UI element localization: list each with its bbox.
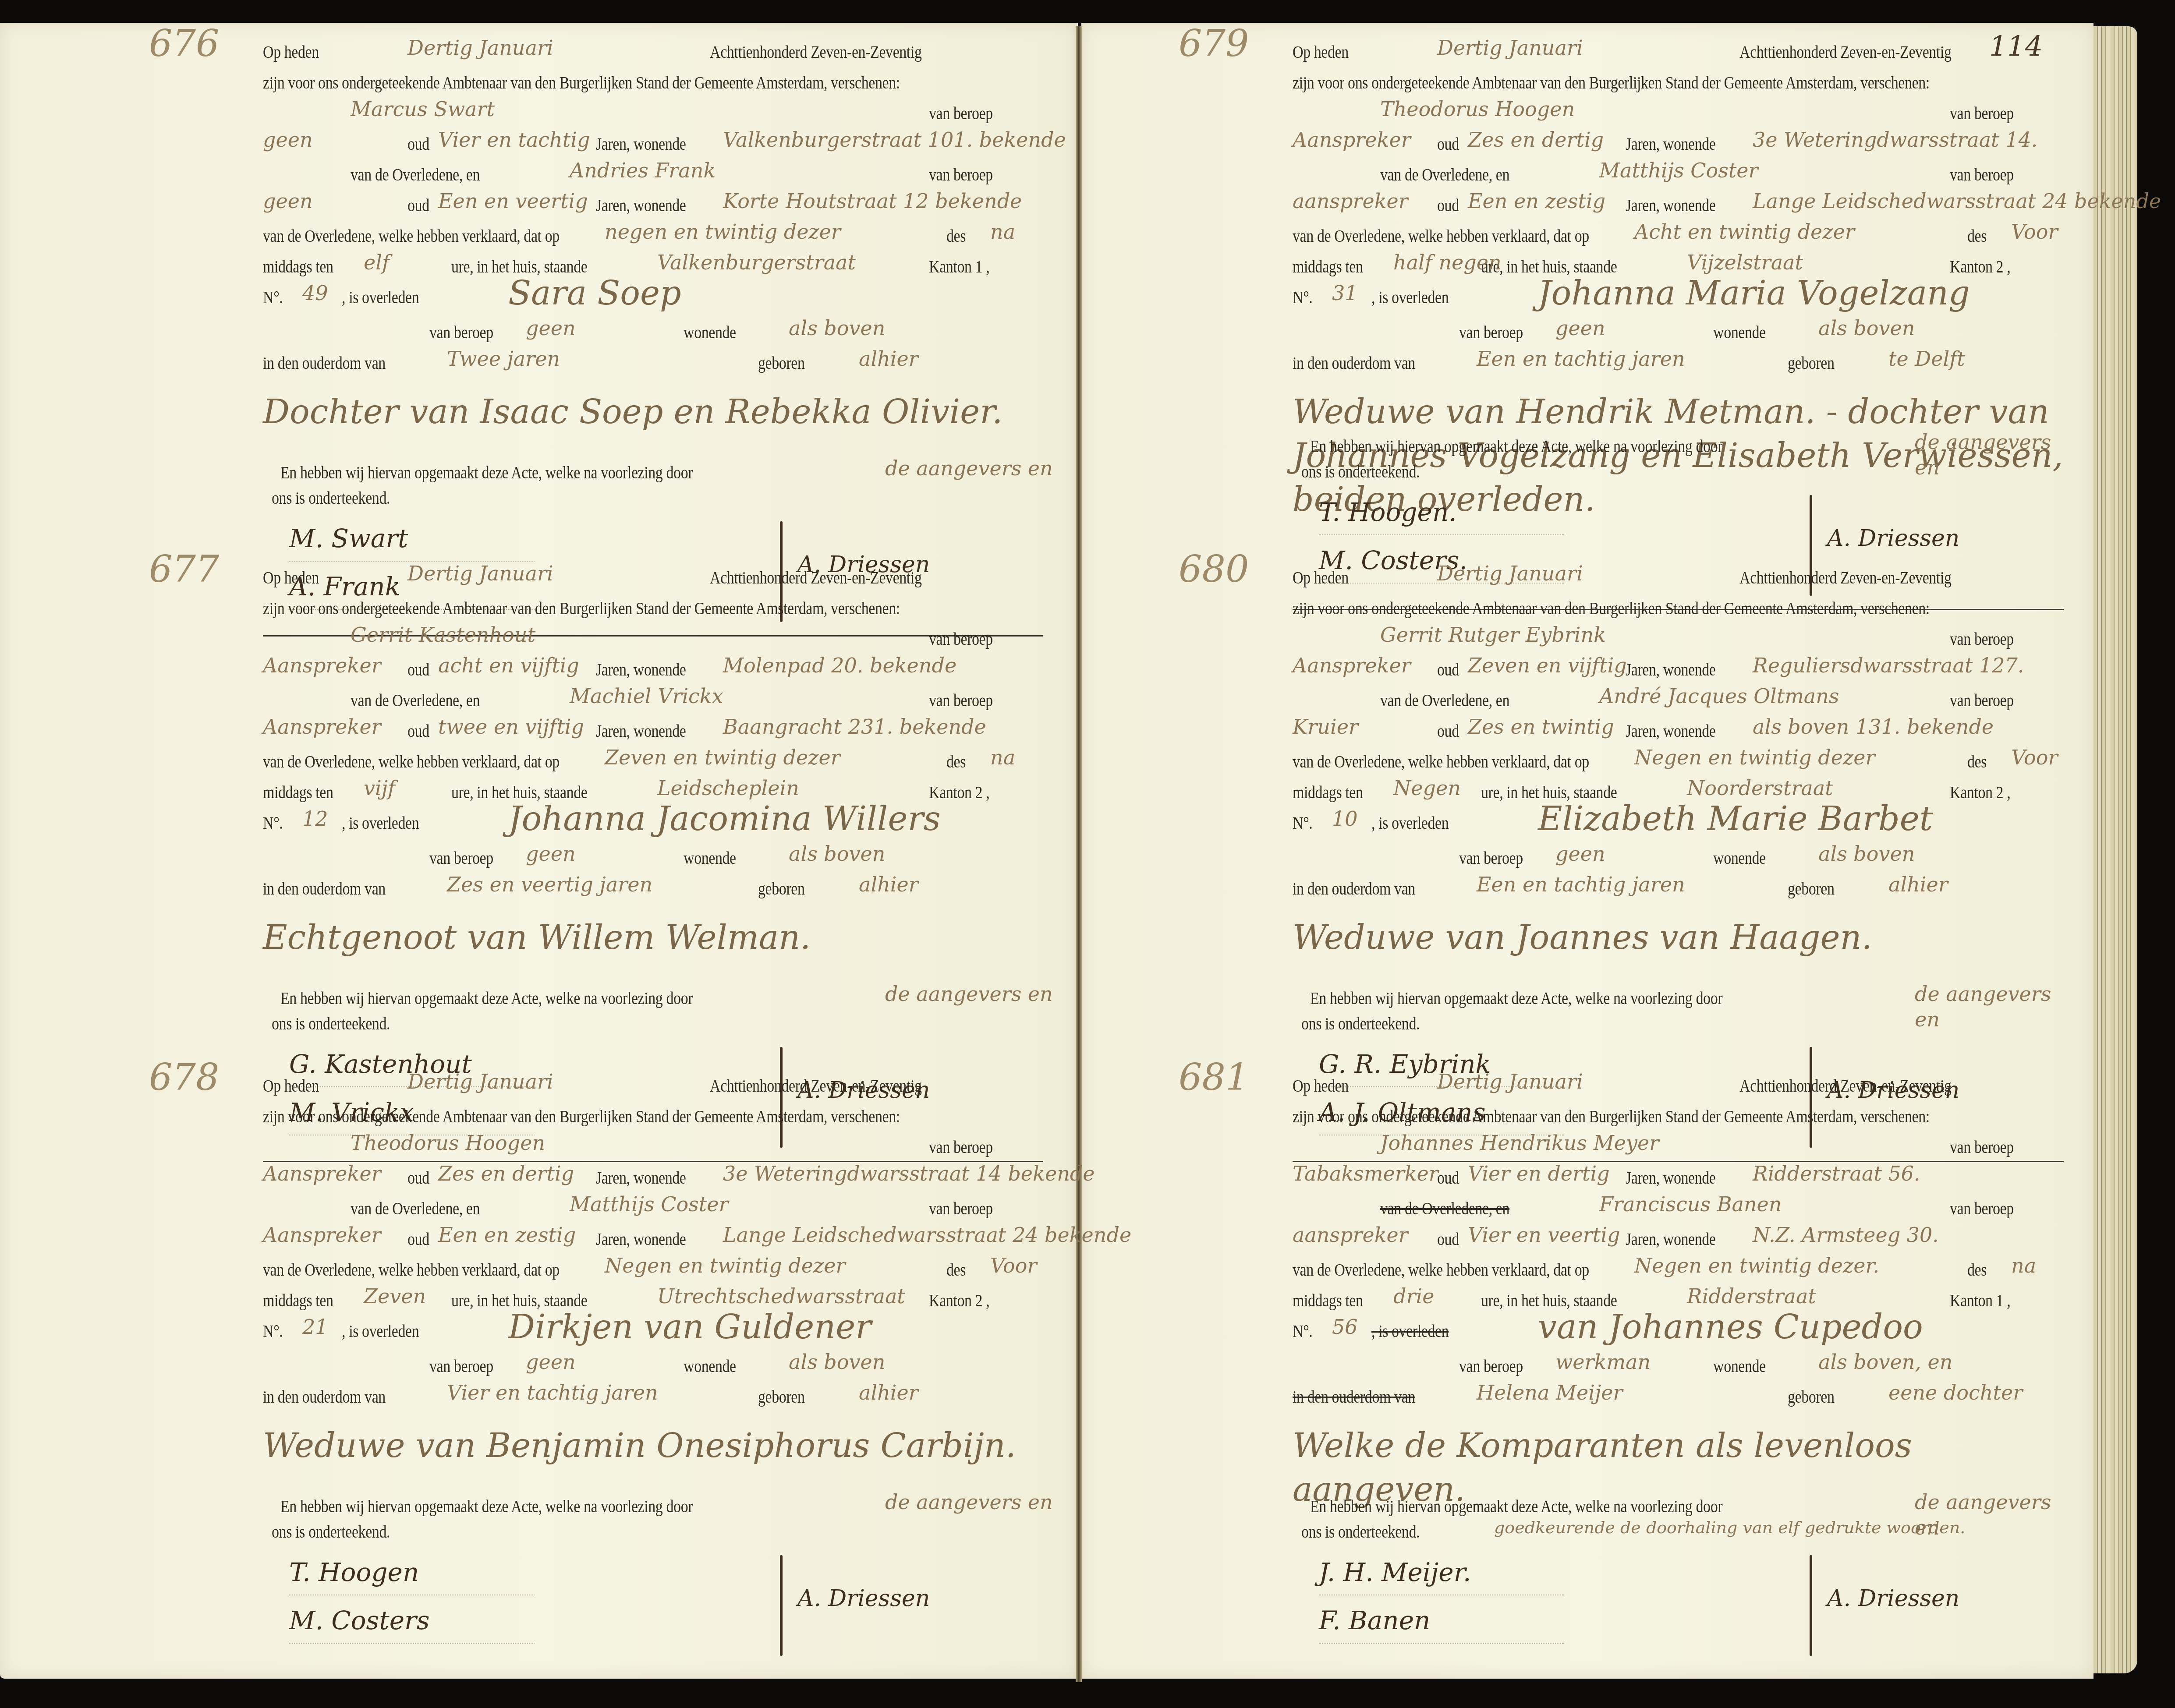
handwritten-entry: aanspreker (1293, 1222, 1408, 1248)
printed-text: , is overleden (342, 1319, 419, 1344)
handwritten-entry: Aanspreker (1293, 653, 1411, 678)
printed-text: zijn voor ons ondergeteekende Ambtenaar … (1293, 596, 1930, 621)
handwritten-entry: na (990, 219, 1015, 244)
printed-text: Op heden (263, 565, 319, 591)
printed-text: geboren (758, 1384, 805, 1410)
handwritten-entry: half negen (1393, 250, 1502, 275)
handwritten-entry: Zes en twintig (1468, 714, 1614, 739)
handwritten-entry: Vier en veertig (1468, 1222, 1620, 1248)
printed-text: Jaren, wonende (596, 1227, 686, 1252)
handwritten-entry: Een en veertig (438, 188, 588, 214)
record-line: van beroepwonendegeenals boven (1293, 320, 2064, 345)
handwritten-entry: alhier (859, 346, 918, 371)
printed-text: zijn voor ons ondergeteekende Ambtenaar … (263, 596, 900, 621)
handwritten-entry: als boven, en (1818, 1349, 1952, 1375)
record-line: zijn voor ons ondergeteekende Ambtenaar … (1293, 596, 2064, 621)
handwritten-entry: Zes en dertig (1468, 127, 1604, 152)
handwritten-entry: Negen (1393, 775, 1461, 801)
printed-text: van de Overledene, en (351, 162, 480, 187)
handwritten-entry: na (990, 745, 1015, 770)
signature-registrar: A. Driessen (797, 1586, 930, 1611)
signature-declarant-2: F. Banen (1319, 1608, 1430, 1633)
handwritten-entry: André Jacques Oltmans (1599, 683, 1839, 709)
signature-declarant-1: M. Swart (289, 526, 408, 551)
handwritten-entry: als boven 131. bekende (1753, 714, 1994, 739)
signature-declarant-1: T. Hoogen. (1319, 499, 1457, 525)
closing-line-2: ons is onderteekend. (1301, 1519, 1420, 1545)
printed-text: in den ouderdom van (263, 876, 386, 902)
printed-text: Jaren, wonende (1626, 193, 1716, 218)
printed-text: Jaren, wonende (596, 193, 686, 218)
handwritten-entry: Voor (2011, 745, 2058, 770)
record-line: Op hedenAchttienhonderd Zeven-en-Zeventi… (1293, 565, 2064, 591)
printed-text: van beroep (1950, 1196, 2014, 1221)
printed-text: van beroep (429, 845, 493, 871)
printed-text: des (1967, 223, 1987, 249)
handwritten-entry: werkman (1555, 1349, 1651, 1375)
signature-declarant-1: T. Hoogen (289, 1559, 419, 1585)
printed-text: Jaren, wonende (1626, 657, 1716, 682)
read-by: de aangevers en (885, 981, 1053, 1007)
record-line: van de Overledene, envan beroepMachiel V… (263, 688, 1043, 713)
closing-line-2: ons is onderteekend. (1301, 459, 1420, 484)
handwritten-entry: 56 (1332, 1314, 1358, 1340)
death-record: 677Op hedenAchttienhonderd Zeven-en-Zeve… (263, 565, 1043, 1069)
record-line: in den ouderdom vangeborenEen en tachtig… (1293, 876, 2064, 902)
printed-text: des (1967, 749, 1987, 774)
printed-text: wonende (1713, 1354, 1766, 1379)
printed-text: van beroep (929, 162, 993, 187)
remarks: Dochter van Isaac Soep en Rebekka Olivie… (263, 390, 1043, 434)
printed-text: Op heden (1293, 39, 1349, 65)
handwritten-entry: Kruier (1293, 714, 1358, 739)
record-line: van de Overledene, envan beroepFranciscu… (1293, 1196, 2064, 1221)
record-line: oudJaren, wonendeaansprekerEen en zestig… (1293, 193, 2064, 218)
handwritten-entry: 21 (302, 1314, 328, 1340)
handwritten-entry: Valkenburgerstraat 101. bekende (723, 127, 1066, 152)
death-record: 679Op hedenAchttienhonderd Zeven-en-Zeve… (1293, 39, 2064, 543)
handwritten-entry: als boven (789, 1349, 885, 1375)
record-line: oudJaren, wonendegeenVier en tachtigValk… (263, 131, 1043, 157)
printed-text: Achttienhonderd Zeven-en-Zeventig (1739, 39, 1951, 65)
record-line: van beroepwonendegeenals boven (1293, 845, 2064, 871)
handwritten-entry: als boven (789, 315, 885, 341)
printed-text: N°. (263, 285, 283, 310)
remarks: Weduwe van Benjamin Onesiphorus Carbijn. (263, 1424, 1043, 1468)
record-line: oudJaren, wonendeAansprekerEen en zestig… (263, 1227, 1043, 1252)
record-line: Op hedenAchttienhonderd Zeven-en-Zeventi… (1293, 39, 2064, 65)
handwritten-entry: Dertig Januari (407, 561, 553, 586)
printed-text: in den ouderdom van (263, 350, 386, 376)
handwritten-entry: 12 (302, 806, 328, 831)
handwritten-entry: Theodorus Hoogen (1380, 96, 1575, 122)
record-line: van de Overledene, envan beroepAndré Jac… (1293, 688, 2064, 713)
printed-text: oud (1437, 131, 1459, 157)
page-edges (2094, 26, 2137, 1673)
printed-text: van beroep (1950, 101, 2014, 126)
signature-line (289, 1643, 535, 1644)
signature-registrar: A. Driessen (1827, 526, 1959, 551)
signature-declarant-1: J. H. Meijer. (1319, 1559, 1471, 1585)
handwritten-entry: Dertig Januari (1437, 35, 1583, 60)
approval-note: goedkeurende de doorhaling van elf gedru… (1494, 1515, 1965, 1540)
record-line: oudJaren, wonendeAansprekerZeven en vijf… (1293, 657, 2064, 682)
book-gutter (1076, 26, 1082, 1682)
printed-text: van de Overledene, en (1380, 688, 1509, 713)
handwritten-entry: alhier (859, 872, 918, 897)
handwritten-entry: Dertig Januari (1437, 1069, 1583, 1094)
printed-text: van beroep (929, 626, 993, 652)
handwritten-entry: Gerrit Rutger Eybrink (1380, 622, 1606, 647)
handwritten-entry: Franciscus Banen (1599, 1192, 1782, 1217)
record-line: van de Overledene, welke hebben verklaar… (1293, 1257, 2064, 1283)
record-line: van beroepGerrit Rutger Eybrink (1293, 626, 2064, 652)
record-line: van beroepwonendegeenals boven (263, 320, 1043, 345)
handwritten-entry: 49 (302, 280, 328, 306)
printed-text: van beroep (1950, 162, 2014, 187)
record-line: Op hedenAchttienhonderd Zeven-en-Zeventi… (263, 565, 1043, 591)
handwritten-entry: vijf (364, 775, 395, 801)
handwritten-entry: geen (263, 188, 313, 214)
printed-text: oud (407, 1227, 429, 1252)
handwritten-entry: Zeven en vijftig (1468, 653, 1627, 678)
handwritten-entry: Baangracht 231. bekende (723, 714, 986, 739)
printed-text: in den ouderdom van (1293, 1384, 1415, 1410)
printed-text: Kanton 1 , (1950, 1288, 2010, 1313)
handwritten-entry: Negen en twintig dezer (1634, 745, 1875, 770)
printed-text: van de Overledene, welke hebben verklaar… (263, 223, 560, 249)
printed-text: wonende (684, 320, 736, 345)
closing-line-1: En hebben wij hiervan opgemaakt deze Act… (1310, 434, 1722, 459)
handwritten-entry: Vier en dertig (1468, 1161, 1610, 1186)
handwritten-entry: Twee jaren (447, 346, 560, 371)
printed-text: Jaren, wonende (1626, 718, 1716, 744)
closing-line-2: ons is onderteekend. (272, 1011, 390, 1036)
printed-text: middags ten (1293, 780, 1363, 805)
printed-text: N°. (263, 1319, 283, 1344)
signature-line (1319, 534, 1564, 535)
handwritten-entry: elf (364, 250, 390, 275)
printed-text: des (1967, 1257, 1987, 1283)
printed-text: van beroep (929, 1196, 993, 1221)
signature-line (289, 1595, 535, 1595)
death-record: 676Op hedenAchttienhonderd Zeven-en-Zeve… (263, 39, 1043, 543)
printed-text: in den ouderdom van (1293, 350, 1415, 376)
handwritten-entry: Zes en veertig jaren (447, 872, 652, 897)
printed-text: van beroep (1459, 320, 1523, 345)
printed-text: oud (1437, 1227, 1459, 1252)
closing-line-1: En hebben wij hiervan opgemaakt deze Act… (280, 986, 693, 1011)
handwritten-entry: Machiel Vrickx (570, 683, 723, 709)
handwritten-entry: alhier (1888, 872, 1948, 897)
printed-text: oud (1437, 718, 1459, 744)
record-line: oudJaren, wonendeAansprekeracht en vijft… (263, 657, 1043, 682)
record-line: zijn voor ons ondergeteekende Ambtenaar … (1293, 70, 2064, 95)
record-line: N°., is overleden49Sara Soep (263, 285, 1043, 310)
printed-text: van de Overledene, en (1380, 1196, 1509, 1221)
handwritten-entry: geen (1555, 841, 1605, 866)
handwritten-entry: Voor (2011, 219, 2058, 244)
record-number: 677 (149, 556, 219, 582)
printed-text: oud (407, 193, 429, 218)
printed-text: Jaren, wonende (596, 718, 686, 744)
printed-text: Kanton 2 , (1950, 780, 2010, 805)
handwritten-entry: Lange Leidschedwarsstraat 24 bekende (723, 1222, 1131, 1248)
death-record: 678Op hedenAchttienhonderd Zeven-en-Zeve… (263, 1073, 1043, 1577)
record-line: in den ouderdom vangeborenHelena Meijere… (1293, 1384, 2064, 1410)
printed-text: oud (1437, 1165, 1459, 1191)
printed-text: van de Overledene, en (351, 1196, 480, 1221)
handwritten-entry: Een en zestig (1468, 188, 1605, 214)
printed-text: geboren (1788, 1384, 1835, 1410)
printed-text: van beroep (929, 1135, 993, 1160)
handwritten-entry: Marcus Swart (351, 96, 495, 122)
printed-text: wonende (684, 1354, 736, 1379)
handwritten-entry: van Johannes Cupedoo (1538, 1314, 1923, 1340)
record-line: N°., is overleden31Johanna Maria Vogelza… (1293, 285, 2064, 310)
printed-text: des (946, 223, 966, 249)
handwritten-entry: Andries Frank (570, 158, 716, 183)
handwritten-entry: Johanna Jacomina Willers (508, 806, 941, 831)
record-line: van de Overledene, welke hebben verklaar… (263, 749, 1043, 774)
record-line: in den ouderdom vangeborenZes en veertig… (263, 876, 1043, 902)
handwritten-entry: Lange Leidschedwarsstraat 24 bekende (1753, 188, 2161, 214)
handwritten-entry: Theodorus Hoogen (351, 1130, 545, 1156)
handwritten-entry: Tabaksmerker (1293, 1161, 1438, 1186)
record-line: van de Overledene, envan beroepAndries F… (263, 162, 1043, 187)
printed-text: Op heden (1293, 565, 1349, 591)
record-line: oudJaren, wonendeaansprekerVier en veert… (1293, 1227, 2064, 1252)
printed-text: geboren (758, 350, 805, 376)
printed-text: Jaren, wonende (1626, 1165, 1716, 1191)
handwritten-entry: geen (263, 127, 313, 152)
printed-text: zijn voor ons ondergeteekende Ambtenaar … (263, 70, 900, 95)
record-line: oudJaren, wonendeAansprekerZes en dertig… (263, 1165, 1043, 1191)
handwritten-entry: Noorderstraat (1687, 775, 1833, 801)
handwritten-entry: Dertig Januari (407, 35, 553, 60)
handwritten-entry: als boven (1818, 315, 1915, 341)
printed-text: oud (407, 718, 429, 744)
handwritten-entry: Aanspreker (263, 1222, 381, 1248)
printed-text: zijn voor ons ondergeteekende Ambtenaar … (1293, 1104, 1930, 1129)
closing-line-2: ons is onderteekend. (272, 485, 390, 511)
record-line: zijn voor ons ondergeteekende Ambtenaar … (263, 1104, 1043, 1129)
death-record: 681Op hedenAchttienhonderd Zeven-en-Zeve… (1293, 1073, 2064, 1577)
printed-text: van beroep (929, 688, 993, 713)
handwritten-entry: te Delft (1888, 346, 1965, 371)
handwritten-entry: Dertig Januari (1437, 561, 1583, 586)
handwritten-entry: Sara Soep (508, 280, 681, 306)
printed-text: N°. (263, 810, 283, 836)
handwritten-entry: Negen en twintig dezer. (1634, 1253, 1879, 1278)
record-line: N°., is overleden56van Johannes Cupedoo (1293, 1319, 2064, 1344)
closing-line-1: En hebben wij hiervan opgemaakt deze Act… (280, 460, 693, 485)
record-line: N°., is overleden10Elizabeth Marie Barbe… (1293, 810, 2064, 836)
record-line: N°., is overleden21Dirkjen van Guldener (263, 1319, 1043, 1344)
handwritten-entry: 3e Weteringdwarsstraat 14. (1753, 127, 2037, 152)
printed-text: Achttienhonderd Zeven-en-Zeventig (1739, 565, 1951, 591)
printed-text: Op heden (263, 1073, 319, 1099)
printed-text: , is overleden (1371, 285, 1449, 310)
record-line: in den ouderdom vangeborenVier en tachti… (263, 1384, 1043, 1410)
record-number: 680 (1179, 556, 1249, 582)
handwritten-entry: Ridderstraat (1687, 1284, 1816, 1309)
printed-text: , is overleden (342, 810, 419, 836)
printed-text: zijn voor ons ondergeteekende Ambtenaar … (263, 1104, 900, 1129)
printed-text: middags ten (263, 254, 333, 279)
handwritten-entry: alhier (859, 1380, 918, 1405)
printed-text: oud (1437, 657, 1459, 682)
record-line: N°., is overleden12Johanna Jacomina Will… (263, 810, 1043, 836)
handwritten-entry: Matthijs Coster (570, 1192, 729, 1217)
printed-text: wonende (1713, 845, 1766, 871)
printed-text: des (946, 749, 966, 774)
printed-text: des (946, 1257, 966, 1283)
handwritten-entry: Een en zestig (438, 1222, 576, 1248)
record-line: Op hedenAchttienhonderd Zeven-en-Zeventi… (263, 1073, 1043, 1099)
handwritten-entry: Negen en twintig dezer (605, 1253, 845, 1278)
signature-line (1319, 1643, 1564, 1644)
handwritten-entry: Elizabeth Marie Barbet (1538, 806, 1933, 831)
remarks: Echtgenoot van Willem Welman. (263, 916, 1043, 959)
handwritten-entry: Een en tachtig jaren (1477, 872, 1685, 897)
death-record: 680Op hedenAchttienhonderd Zeven-en-Zeve… (1293, 565, 2064, 1069)
handwritten-entry: Gerrit Kastenhout (351, 622, 535, 647)
handwritten-entry: als boven (789, 841, 885, 866)
printed-text: van de Overledene, welke hebben verklaar… (1293, 749, 1589, 774)
closing-line-2: ons is onderteekend. (272, 1519, 390, 1545)
handwritten-entry: Vier en tachtig (438, 127, 590, 152)
handwritten-entry: Voor (990, 1253, 1037, 1278)
record-line: van de Overledene, welke hebben verklaar… (263, 223, 1043, 249)
record-line: van beroepwonendegeenals boven (263, 1354, 1043, 1379)
printed-text: Achttienhonderd Zeven-en-Zeventig (1739, 1073, 1951, 1099)
record-line: van beroepGerrit Kastenhout (263, 626, 1043, 652)
record-number: 679 (1179, 31, 1249, 56)
handwritten-entry: twee en vijftig (438, 714, 584, 739)
printed-text: in den ouderdom van (263, 1384, 386, 1410)
printed-text: Achttienhonderd Zeven-en-Zeventig (710, 565, 921, 591)
record-line: in den ouderdom vangeborenTwee jarenalhi… (263, 350, 1043, 376)
closing-line-1: En hebben wij hiervan opgemaakt deze Act… (280, 1494, 693, 1519)
printed-text: middags ten (263, 1288, 333, 1313)
printed-text: in den ouderdom van (1293, 876, 1415, 902)
record-line: van beroepTheodorus Hoogen (1293, 101, 2064, 126)
printed-text: Achttienhonderd Zeven-en-Zeventig (710, 1073, 921, 1099)
handwritten-entry: Zes en dertig (438, 1161, 574, 1186)
handwritten-entry: Valkenburgerstraat (657, 250, 856, 275)
printed-text: middags ten (1293, 254, 1363, 279)
record-line: van beroepwonendegeenals boven (263, 845, 1043, 871)
record-line: van de Overledene, welke hebben verklaar… (1293, 749, 2064, 774)
handwritten-entry: Aanspreker (1293, 127, 1411, 152)
read-by: de aangevers en (1915, 429, 2081, 480)
record-line: oudJaren, wonendeKruierZes en twintigals… (1293, 718, 2064, 744)
printed-text: zijn voor ons ondergeteekende Ambtenaar … (1293, 70, 1930, 95)
record-number: 676 (149, 31, 219, 56)
printed-text: oud (407, 1165, 429, 1191)
record-line: Op hedenAchttienhonderd Zeven-en-Zeventi… (1293, 1073, 2064, 1099)
printed-text: van de Overledene, welke hebben verklaar… (1293, 223, 1589, 249)
printed-text: Kanton 1 , (929, 254, 989, 279)
printed-text: Jaren, wonende (1626, 1227, 1716, 1252)
handwritten-entry: Vier en tachtig jaren (447, 1380, 658, 1405)
handwritten-entry: Vijzelstraat (1687, 250, 1803, 275)
handwritten-entry: Molenpad 20. bekende (723, 653, 956, 678)
handwritten-entry: Ridderstraat 56. (1753, 1161, 1920, 1186)
printed-text: van beroep (1459, 845, 1523, 871)
printed-text: van beroep (929, 101, 993, 126)
printed-text: geboren (1788, 350, 1835, 376)
printed-text: van beroep (429, 1354, 493, 1379)
printed-text: N°. (1293, 285, 1312, 310)
record-line: oudJaren, wonendegeenEen en veertigKorte… (263, 193, 1043, 218)
handwritten-entry: Zeven (364, 1284, 426, 1309)
handwritten-entry: geen (526, 841, 576, 866)
closing-line-2: ons is onderteekend. (1301, 1011, 1420, 1036)
handwritten-entry: Reguliersdwarsstraat 127. (1753, 653, 2024, 678)
handwritten-entry: 3e Weteringdwarsstraat 14 bekende (723, 1161, 1095, 1186)
handwritten-entry: 31 (1332, 280, 1358, 306)
printed-text: Jaren, wonende (596, 1165, 686, 1191)
record-number: 678 (149, 1064, 219, 1090)
handwritten-entry: Dirkjen van Guldener (508, 1314, 871, 1340)
printed-text: oud (1437, 193, 1459, 218)
read-by: de aangevers en (885, 456, 1053, 481)
handwritten-entry: Johannes Hendrikus Meyer (1380, 1130, 1659, 1156)
handwritten-entry: Matthijs Coster (1599, 158, 1758, 183)
handwritten-entry: na (2011, 1253, 2036, 1278)
handwritten-entry: Dertig Januari (407, 1069, 553, 1094)
read-by: de aangevers en (885, 1489, 1053, 1515)
signature-declarant-2: M. Costers (289, 1608, 429, 1633)
record-line: zijn voor ons ondergeteekende Ambtenaar … (263, 596, 1043, 621)
printed-text: middags ten (1293, 1288, 1363, 1313)
signature-brace (1810, 1555, 1812, 1656)
record-number: 681 (1179, 1064, 1249, 1090)
handwritten-entry: Aanspreker (263, 653, 381, 678)
handwritten-entry: negen en twintig dezer (605, 219, 841, 244)
printed-text: oud (407, 131, 429, 157)
handwritten-entry: acht en vijftig (438, 653, 579, 678)
printed-text: van de Overledene, welke hebben verklaar… (263, 749, 560, 774)
printed-text: van beroep (1459, 1354, 1523, 1379)
printed-text: Op heden (263, 39, 319, 65)
handwritten-entry: geen (526, 315, 576, 341)
handwritten-entry: Aanspreker (263, 714, 381, 739)
handwritten-entry: Utrechtschedwarsstraat (657, 1284, 905, 1309)
signature-brace (780, 1555, 783, 1656)
printed-text: Jaren, wonende (596, 657, 686, 682)
handwritten-entry: Korte Houtstraat 12 bekende (723, 188, 1022, 214)
handwritten-entry: als boven (1818, 841, 1915, 866)
record-line: oudJaren, wonendeAansprekertwee en vijft… (263, 718, 1043, 744)
handwritten-entry: Helena Meijer (1477, 1380, 1622, 1405)
handwritten-entry: geen (526, 1349, 576, 1375)
record-line: van de Overledene, envan beroepMatthijs … (1293, 162, 2064, 187)
printed-text: N°. (1293, 1319, 1312, 1344)
handwritten-entry: Een en tachtig jaren (1477, 346, 1685, 371)
printed-text: N°. (1293, 810, 1312, 836)
printed-text: oud (407, 657, 429, 682)
printed-text: van de Overledene, welke hebben verklaar… (1293, 1257, 1589, 1283)
record-line: oudJaren, wonendeAansprekerZes en dertig… (1293, 131, 2064, 157)
handwritten-entry: Zeven en twintig dezer (605, 745, 840, 770)
handwritten-entry: eene dochter (1888, 1380, 2023, 1405)
printed-text: , is overleden (1371, 1319, 1449, 1344)
printed-text: van beroep (1950, 1135, 2014, 1160)
printed-text: geboren (1788, 876, 1835, 902)
